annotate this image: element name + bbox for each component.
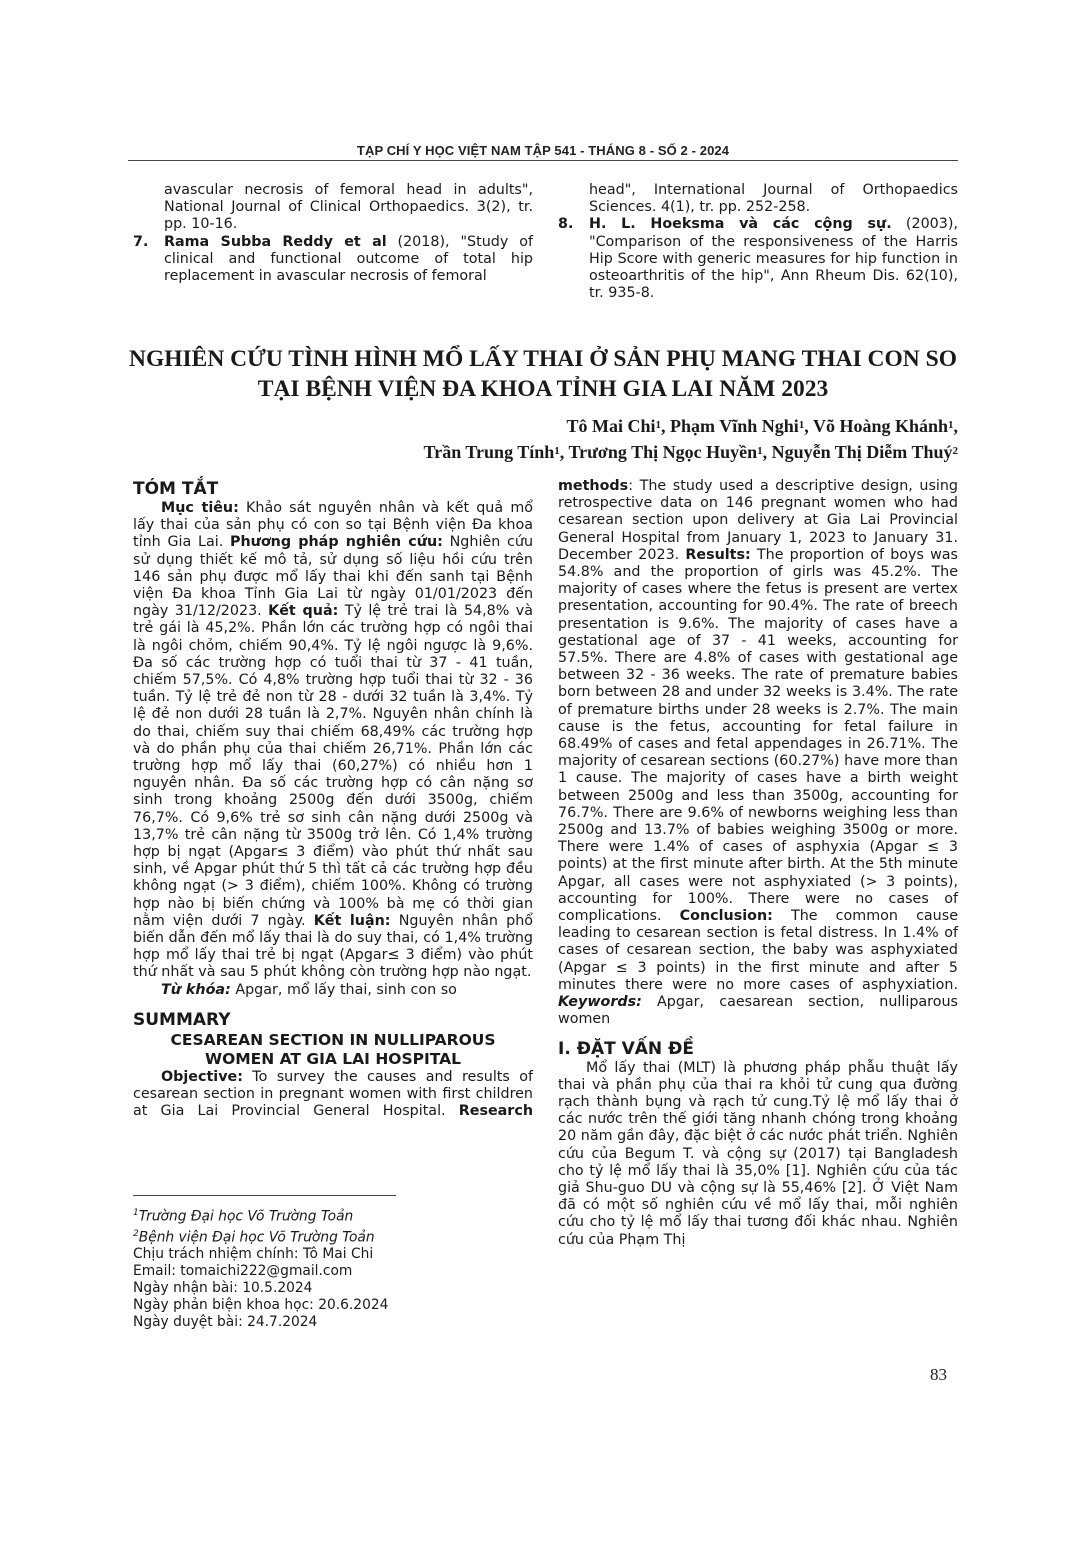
journal-page: TẠP CHÍ Y HỌC VIỆT NAM TẬP 541 - THÁNG 8…: [0, 0, 1090, 1541]
reference-authors: Rama Subba Reddy et al: [164, 234, 387, 250]
separator: ,: [954, 416, 959, 436]
affiliation-mark: 1: [554, 445, 560, 457]
objective-label: Objective:: [161, 1069, 243, 1085]
separator: ,: [661, 416, 670, 436]
page-number: 83: [930, 1365, 947, 1385]
affiliation-2: 2Bệnh viện Đại học Võ Trường Toản: [133, 1226, 533, 1247]
abstract-vi-heading: TÓM TẮT: [133, 478, 533, 500]
keywords-vi: Từ khóa: Apgar, mổ lấy thai, sinh con so: [133, 982, 533, 999]
author-name: Nguyễn Thị Diễm Thuý: [772, 442, 953, 462]
review-date: Ngày phản biện khoa học: 20.6.2024: [133, 1297, 533, 1314]
separator: ,: [763, 442, 772, 462]
objective-label: Mục tiêu:: [161, 500, 239, 516]
affiliation-text: Bệnh viện Đại học Võ Trường Toản: [139, 1229, 375, 1245]
affiliation-mark: 1: [757, 445, 763, 457]
reference-8: 8.H. L. Hoeksma và các cộng sự. (2003), …: [558, 216, 958, 302]
reference-authors: H. L. Hoeksma và các cộng sự.: [589, 216, 892, 232]
conclusion-label: Conclusion:: [680, 908, 773, 924]
author-name: Võ Hoàng Khánh: [813, 416, 948, 436]
footnote-rule: [133, 1195, 396, 1196]
abstract-vi-body: Mục tiêu: Khảo sát nguyên nhân và kết qu…: [133, 500, 533, 982]
footnotes: 1Trường Đại học Võ Trường Toản 2Bệnh việ…: [133, 1205, 533, 1331]
affiliation-text: Trường Đại học Võ Trường Toản: [139, 1209, 354, 1225]
article-title-line: NGHIÊN CỨU TÌNH HÌNH MỔ LẤY THAI Ở SẢN P…: [128, 344, 958, 374]
keywords-text: Apgar, mổ lấy thai, sinh con so: [231, 982, 457, 998]
reference-number: 7.: [133, 234, 148, 251]
author-name: Trương Thị Ngọc Huyền: [568, 442, 757, 462]
left-column: TÓM TẮT Mục tiêu: Khảo sát nguyên nhân v…: [133, 478, 533, 1121]
received-date: Ngày nhận bài: 10.5.2024: [133, 1280, 533, 1297]
article-title: NGHIÊN CỨU TÌNH HÌNH MỔ LẤY THAI Ở SẢN P…: [128, 344, 958, 404]
results-label: Kết quả:: [268, 603, 338, 619]
affiliation-mark: 1: [656, 419, 662, 431]
running-header: TẠP CHÍ Y HỌC VIỆT NAM TẬP 541 - THÁNG 8…: [128, 143, 958, 158]
article-title-line: TẠI BỆNH VIỆN ĐA KHOA TỈNH GIA LAI NĂM 2…: [128, 374, 958, 404]
methods-label: Research: [459, 1103, 533, 1119]
separator: ,: [804, 416, 813, 436]
reference-continuation: avascular necrosis of femoral head in ad…: [133, 182, 533, 234]
reference-continuation: head", International Journal of Orthopae…: [558, 182, 958, 216]
introduction-heading: I. ĐẶT VẤN ĐỀ: [558, 1038, 958, 1060]
right-column: methods: The study used a descriptive de…: [558, 478, 958, 1249]
results-text: Tỷ lệ trẻ trai là 54,8% và trẻ gái là 45…: [133, 603, 533, 929]
header-rule: [128, 160, 958, 161]
author-list: Tô Mai Chi1, Phạm Vĩnh Nghi1, Võ Hoàng K…: [158, 413, 958, 465]
results-text: The proportion of boys was 54.8% and the…: [558, 547, 958, 924]
reference-7: 7.Rama Subba Reddy et al (2018), "Study …: [133, 234, 533, 286]
accepted-date: Ngày duyệt bài: 24.7.2024: [133, 1314, 533, 1331]
abstract-en-start: Objective: To survey the causes and resu…: [133, 1069, 533, 1121]
methods-label: methods: [558, 478, 628, 494]
methods-label: Phương pháp nghiên cứu:: [230, 534, 443, 550]
abstract-en-body: methods: The study used a descriptive de…: [558, 478, 958, 1029]
author-name: Trần Trung Tính: [424, 442, 555, 462]
conclusion-label: Kết luận:: [314, 913, 391, 929]
affiliation-mark: 2: [953, 445, 959, 457]
affiliation-1: 1Trường Đại học Võ Trường Toản: [133, 1205, 533, 1226]
references-right: head", International Journal of Orthopae…: [558, 182, 958, 302]
keywords-label: Từ khóa:: [161, 982, 231, 998]
reference-number: 8.: [558, 216, 573, 233]
author-name: Tô Mai Chi: [567, 416, 656, 436]
summary-heading: SUMMARY: [133, 1009, 533, 1031]
keywords-label: Keywords:: [558, 994, 642, 1010]
results-label: Results:: [685, 547, 750, 563]
email: Email: tomaichi222@gmail.com: [133, 1263, 533, 1280]
summary-title: CESAREAN SECTION IN NULLIPAROUS WOMEN AT…: [133, 1031, 533, 1069]
responsible-author: Chịu trách nhiệm chính: Tô Mai Chi: [133, 1246, 533, 1263]
affiliation-mark: 1: [948, 419, 954, 431]
author-name: Phạm Vĩnh Nghi: [670, 416, 799, 436]
affiliation-mark: 1: [799, 419, 805, 431]
references-left: avascular necrosis of femoral head in ad…: [133, 182, 533, 285]
introduction-body: Mổ lấy thai (MLT) là phương pháp phẫu th…: [558, 1060, 958, 1249]
